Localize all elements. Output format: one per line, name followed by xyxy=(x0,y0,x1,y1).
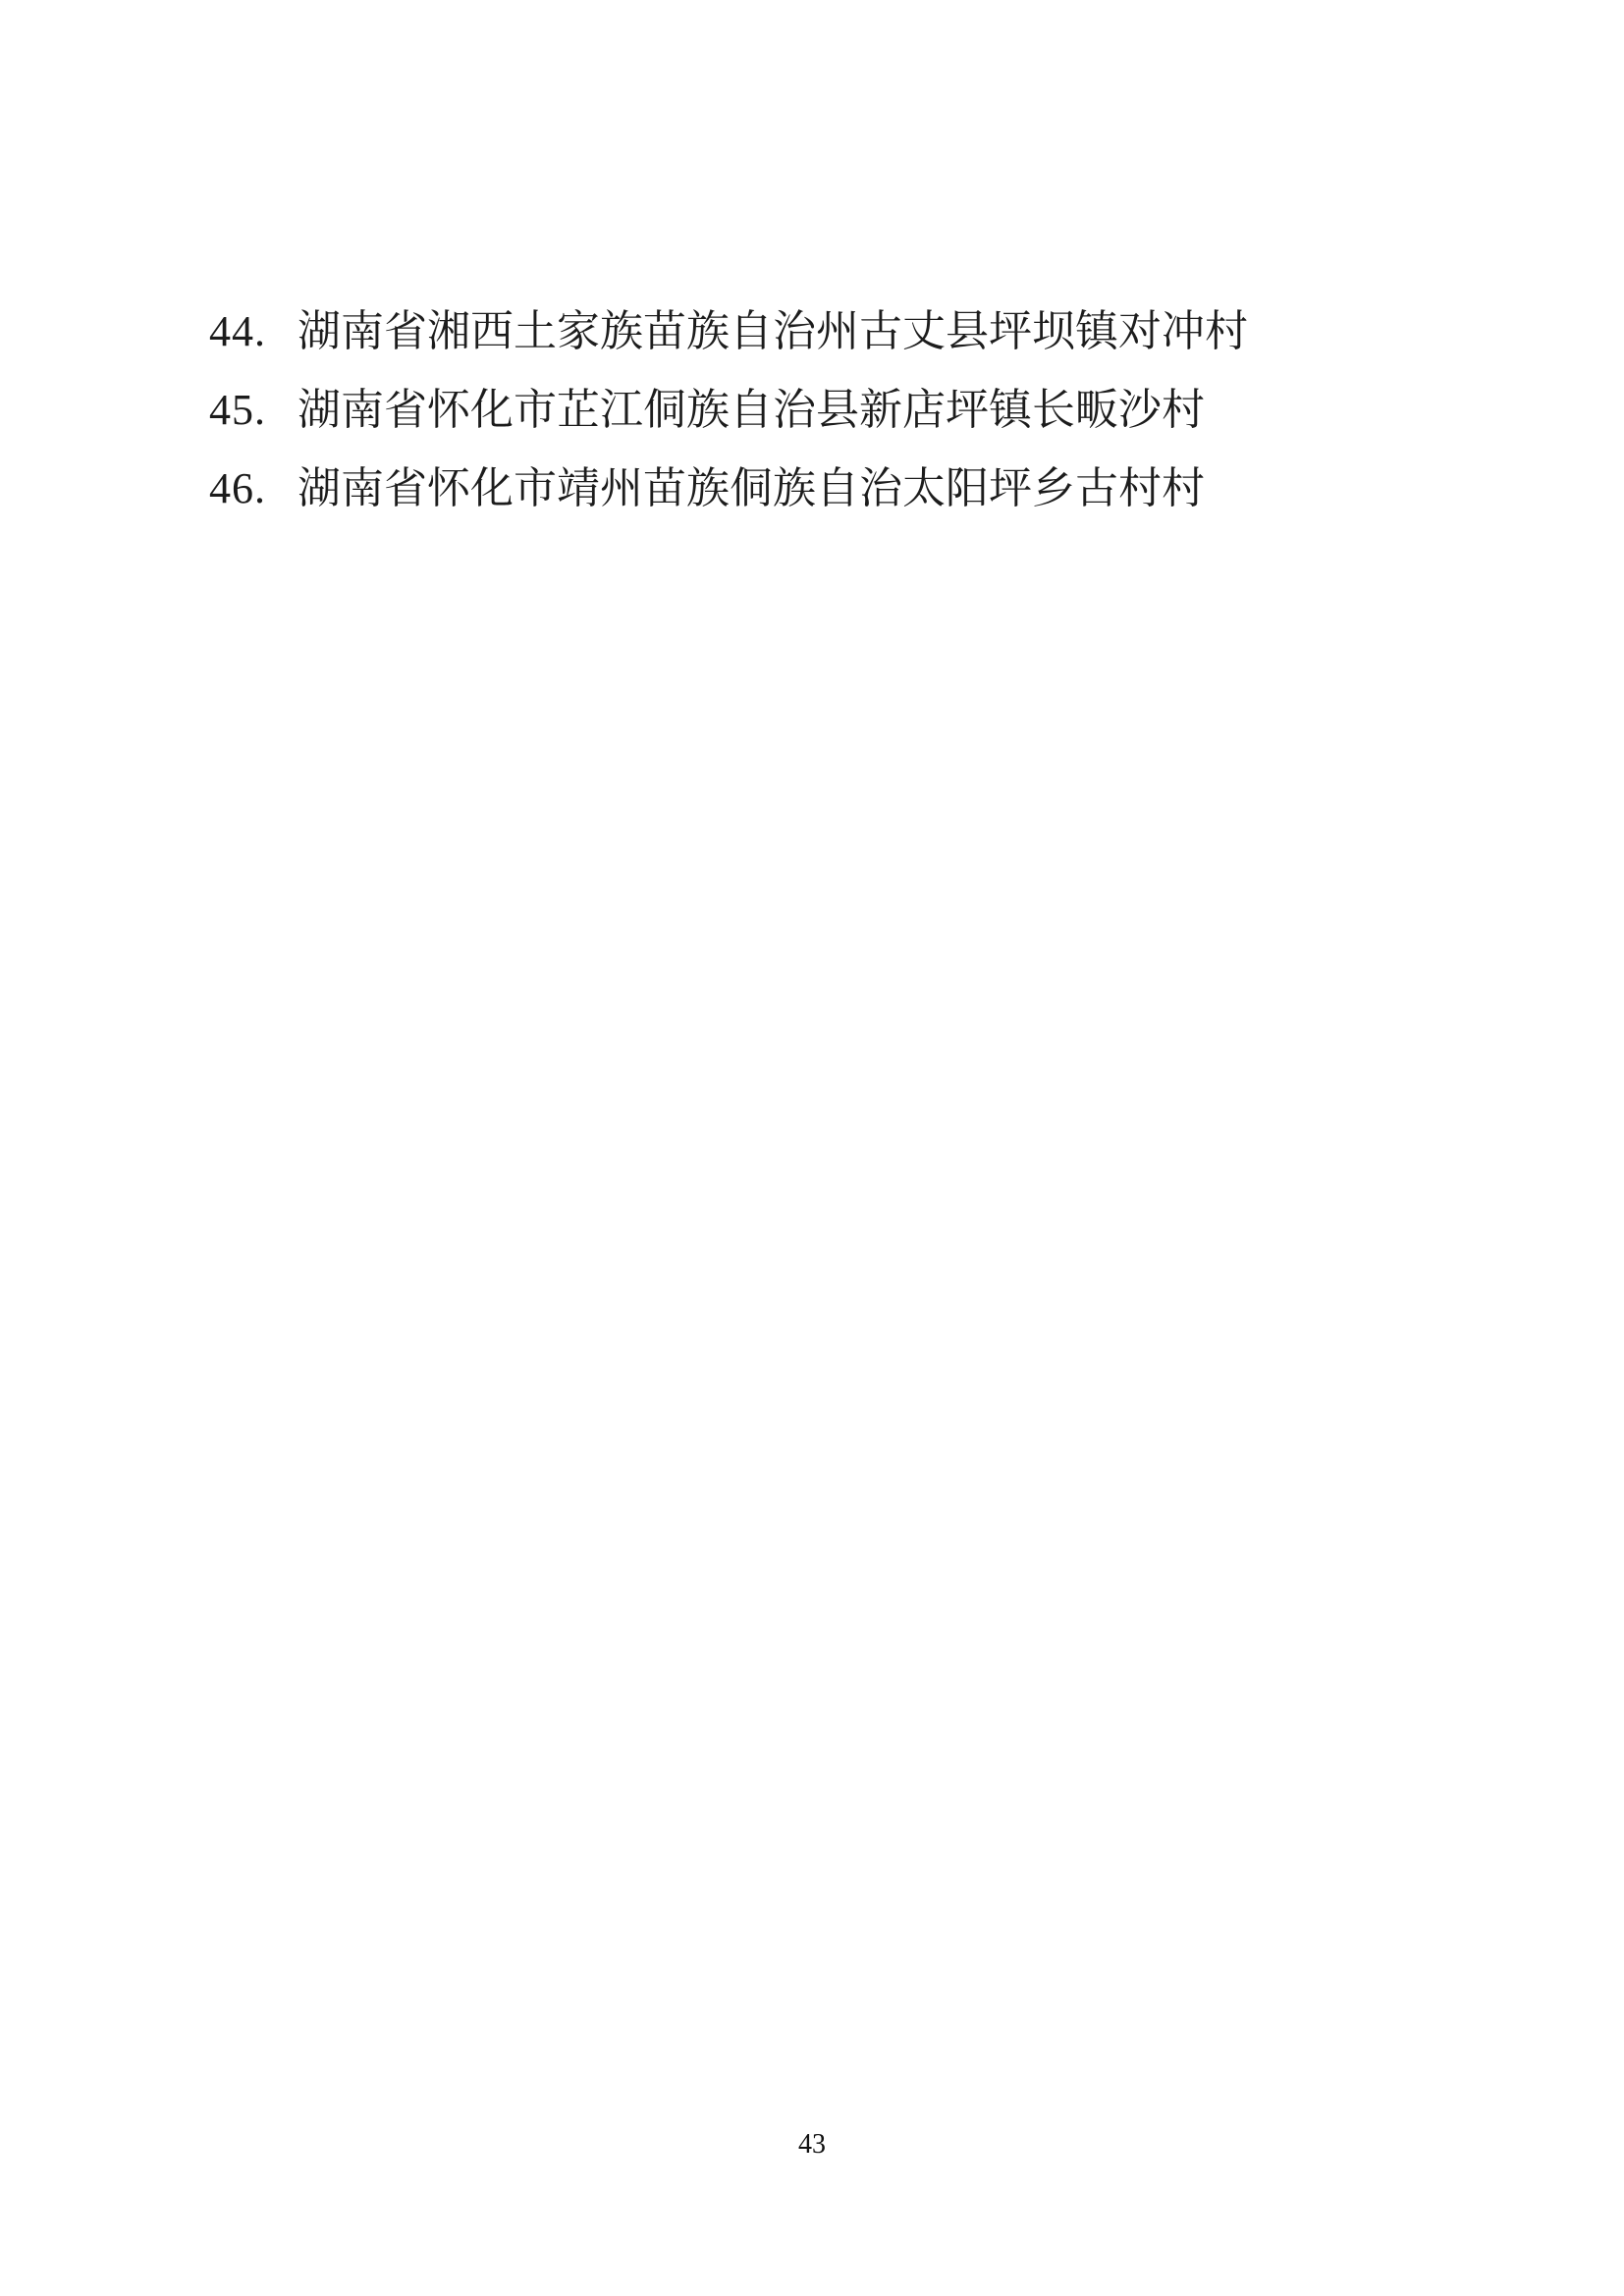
list-item: 44. 湖南省湘西土家族苗族自治州古丈县坪坝镇对冲村 xyxy=(0,293,1624,371)
list-item: 45. 湖南省怀化市芷江侗族自治县新店坪镇长畈沙村 xyxy=(0,371,1624,450)
document-page: 44. 湖南省湘西土家族苗族自治州古丈县坪坝镇对冲村 45. 湖南省怀化市芷江侗… xyxy=(0,0,1624,2296)
item-number: 44. xyxy=(209,293,298,371)
item-number: 45. xyxy=(209,371,298,450)
item-text: 湖南省怀化市芷江侗族自治县新店坪镇长畈沙村 xyxy=(298,371,1205,450)
list-item: 46. 湖南省怀化市靖州苗族侗族自治太阳坪乡古村村 xyxy=(0,450,1624,528)
numbered-list: 44. 湖南省湘西土家族苗族自治州古丈县坪坝镇对冲村 45. 湖南省怀化市芷江侗… xyxy=(0,293,1624,528)
item-text: 湖南省怀化市靖州苗族侗族自治太阳坪乡古村村 xyxy=(298,450,1205,528)
page-number: 43 xyxy=(0,2128,1624,2162)
item-text: 湖南省湘西土家族苗族自治州古丈县坪坝镇对冲村 xyxy=(298,293,1248,371)
item-number: 46. xyxy=(209,450,298,528)
